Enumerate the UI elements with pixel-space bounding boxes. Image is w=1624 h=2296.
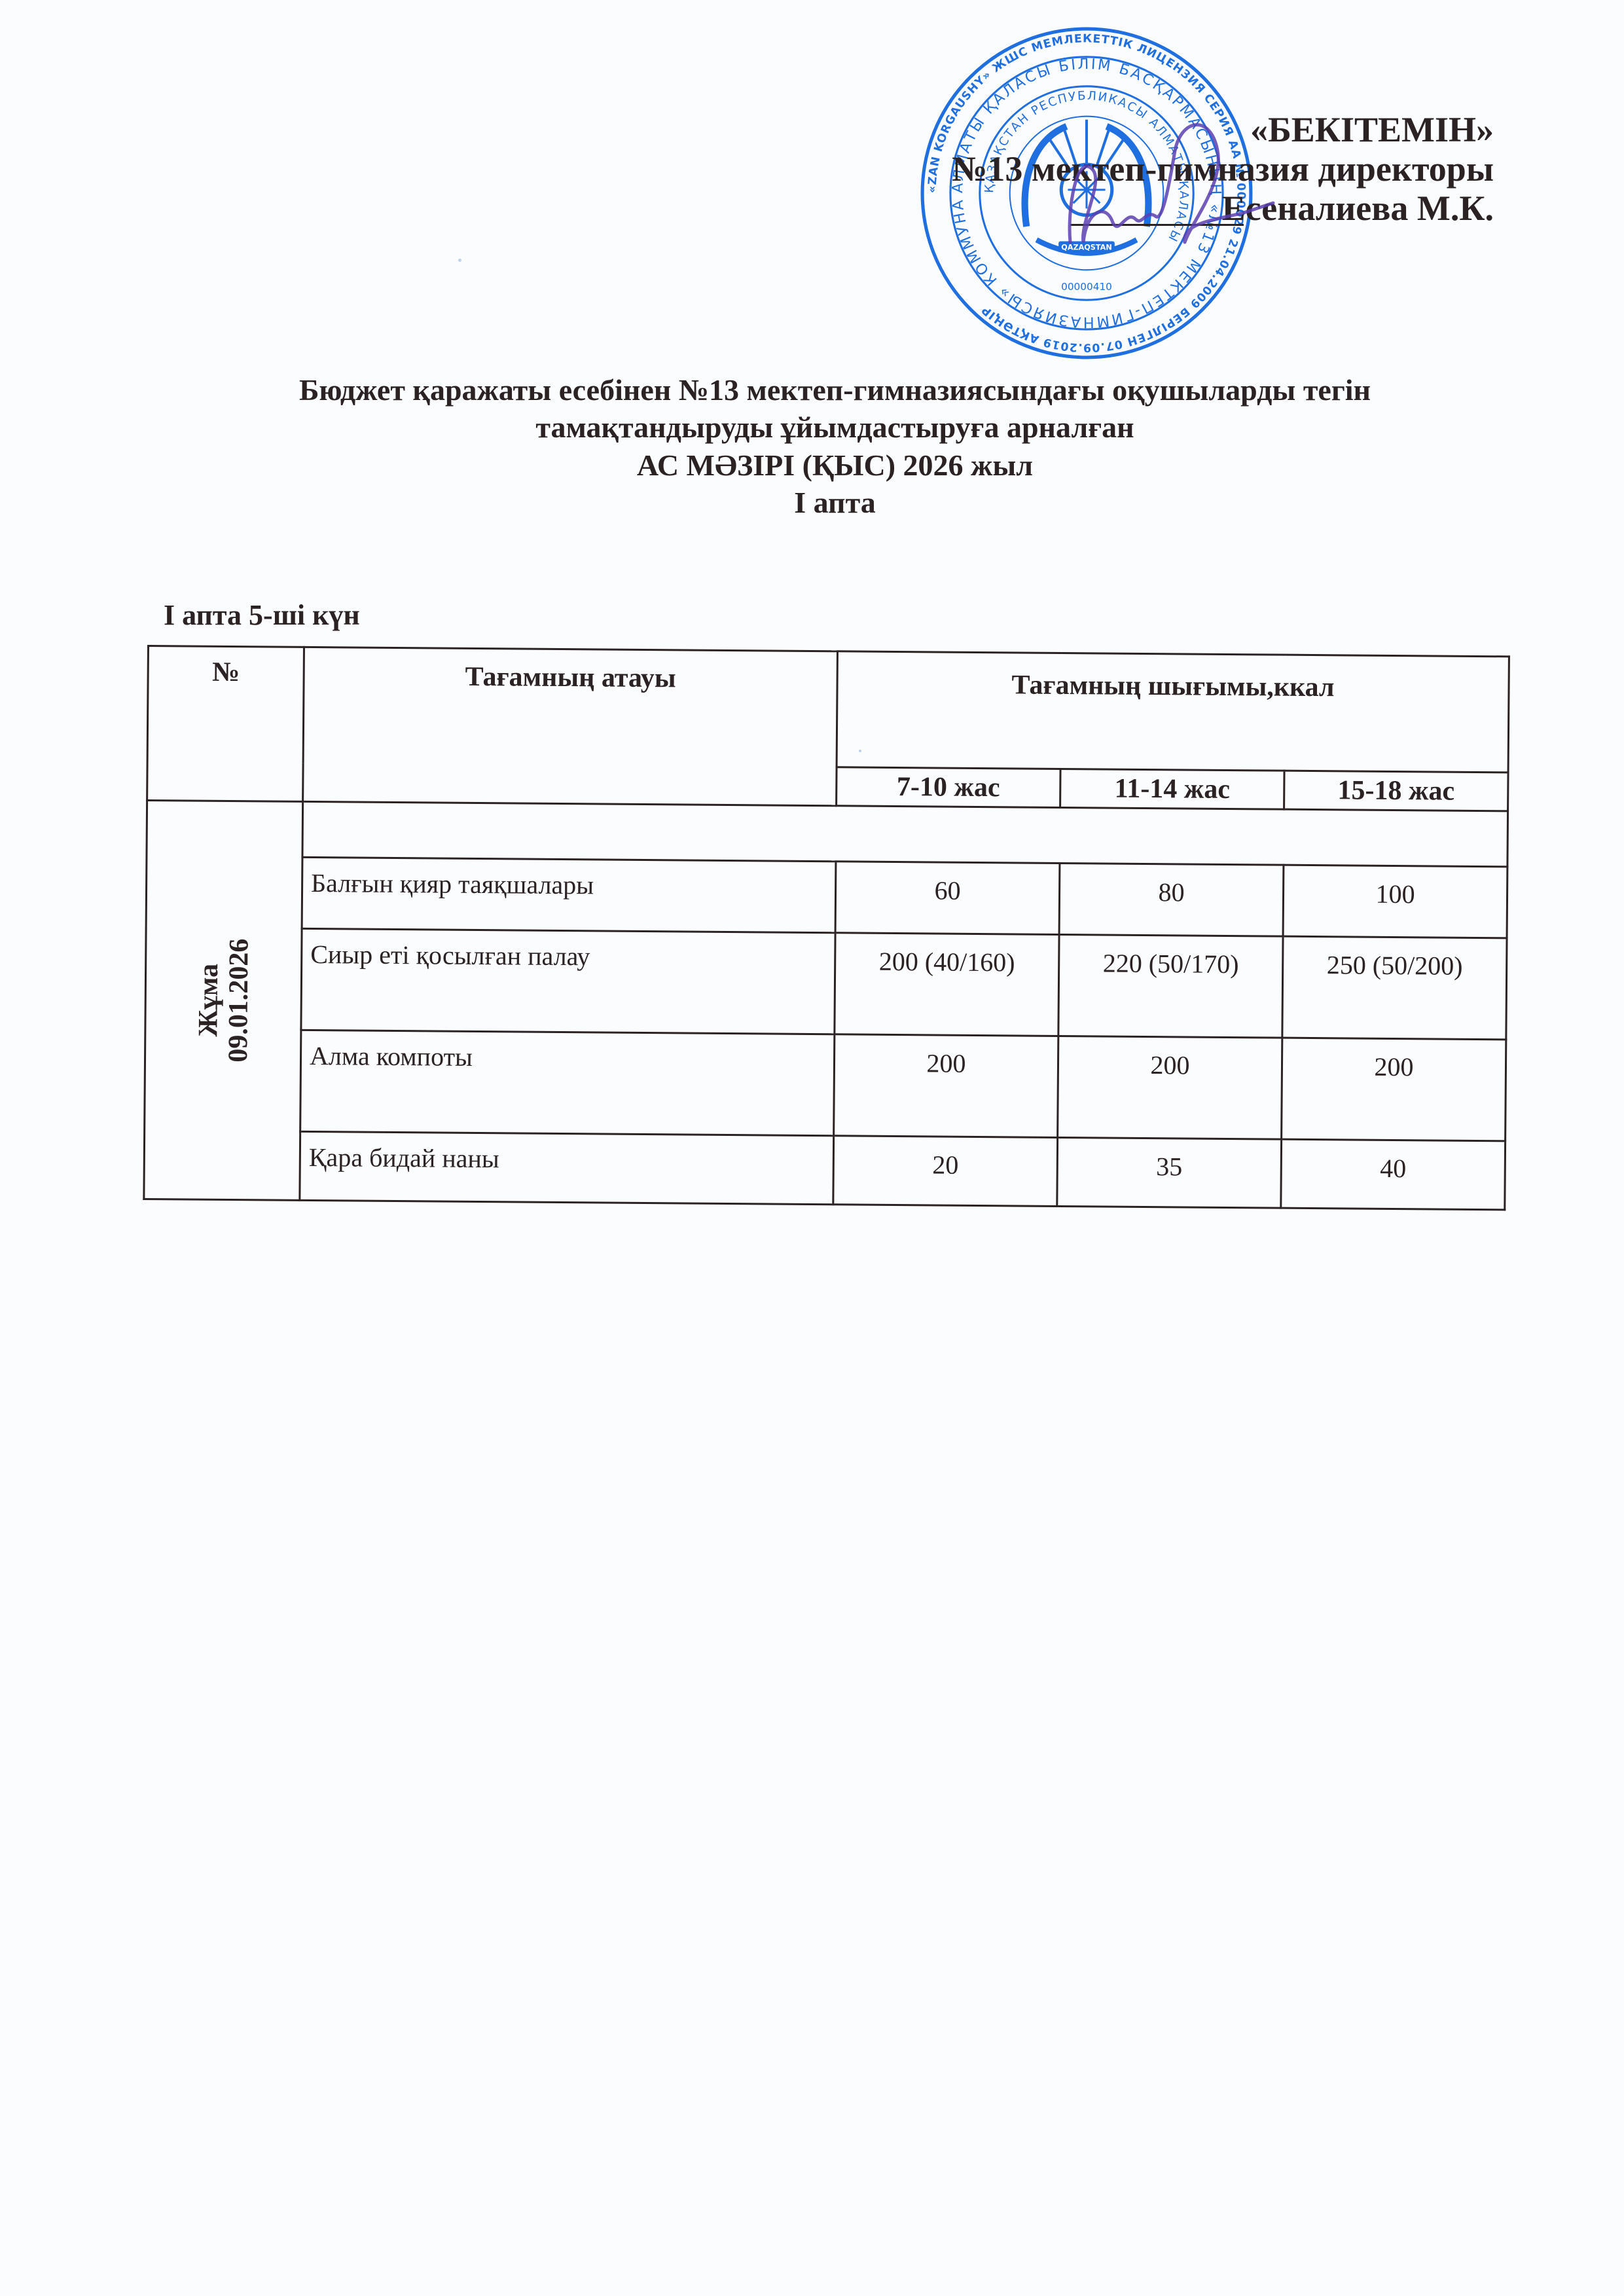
kcal-15-18: 200 [1282,1038,1506,1141]
header-age-15-18: 15-18 жас [1284,771,1508,811]
dish-name: Балғын қияр таяқшалары [302,857,836,932]
kcal-15-18: 40 [1281,1139,1506,1210]
document-title-week: I апта [0,484,1624,521]
dish-name: Алма компоты [300,1030,835,1135]
kcal-11-14: 200 [1058,1036,1282,1139]
kcal-11-14: 220 (50/170) [1058,934,1283,1038]
kcal-11-14: 35 [1057,1137,1282,1208]
table-row: Балғын қияр таяқшалары 60 80 100 [146,856,1507,938]
kcal-7-10: 60 [835,862,1060,935]
svg-text:00000410: 00000410 [1061,281,1112,293]
blank-cell [302,801,1508,866]
kcal-15-18: 250 (50/200) [1282,936,1507,1040]
header-age-11-14: 11-14 жас [1060,769,1284,809]
scan-speck [458,259,461,262]
day-date: 09.01.2026 [223,938,253,1062]
kcal-7-10: 200 [834,1034,1058,1138]
scan-speck [859,750,861,752]
header-dish-name: Тағамның атауы [303,647,838,805]
signature-icon [1021,111,1296,255]
table-row: Сиыр еті қосылған палау 200 (40/160) 220… [145,927,1507,1039]
table-row: Қара бидай наны 20 35 40 [144,1130,1506,1209]
header-yield: Тағамның шығымы,ккал [837,651,1509,773]
kcal-15-18: 100 [1283,865,1507,938]
day-cell: Жұма 09.01.2026 [144,801,303,1201]
day-weekday: Жұма [192,938,223,1062]
kcal-7-10: 200 (40/160) [835,933,1059,1036]
table-header-row: № Тағамның атауы Тағамның шығымы,ккал [147,646,1509,773]
day-label: I апта 5-ші күн [164,597,360,634]
dish-name: Сиыр еті қосылған палау [301,928,835,1034]
table-row-blank: Жұма 09.01.2026 [147,801,1508,867]
document-title-line-1: Бюджет қаражаты есебінен №13 мектеп-гимн… [0,372,1624,409]
header-number: № [147,646,304,802]
menu-table: № Тағамның атауы Тағамның шығымы,ккал 7-… [143,645,1510,1211]
dish-name: Қара бидай наны [300,1131,834,1204]
day-rotated-label: Жұма 09.01.2026 [192,938,253,1063]
table-row: Алма компоты 200 200 200 [145,1029,1506,1140]
header-age-7-10: 7-10 жас [837,767,1060,808]
kcal-11-14: 80 [1059,863,1284,936]
document-title-line-2: тамақтандыруды ұйымдастыруға арналған [0,409,1624,446]
document-title-line-3: АС МӘЗІРІ (ҚЫС) 2026 жыл [0,447,1624,484]
kcal-7-10: 20 [833,1136,1058,1207]
